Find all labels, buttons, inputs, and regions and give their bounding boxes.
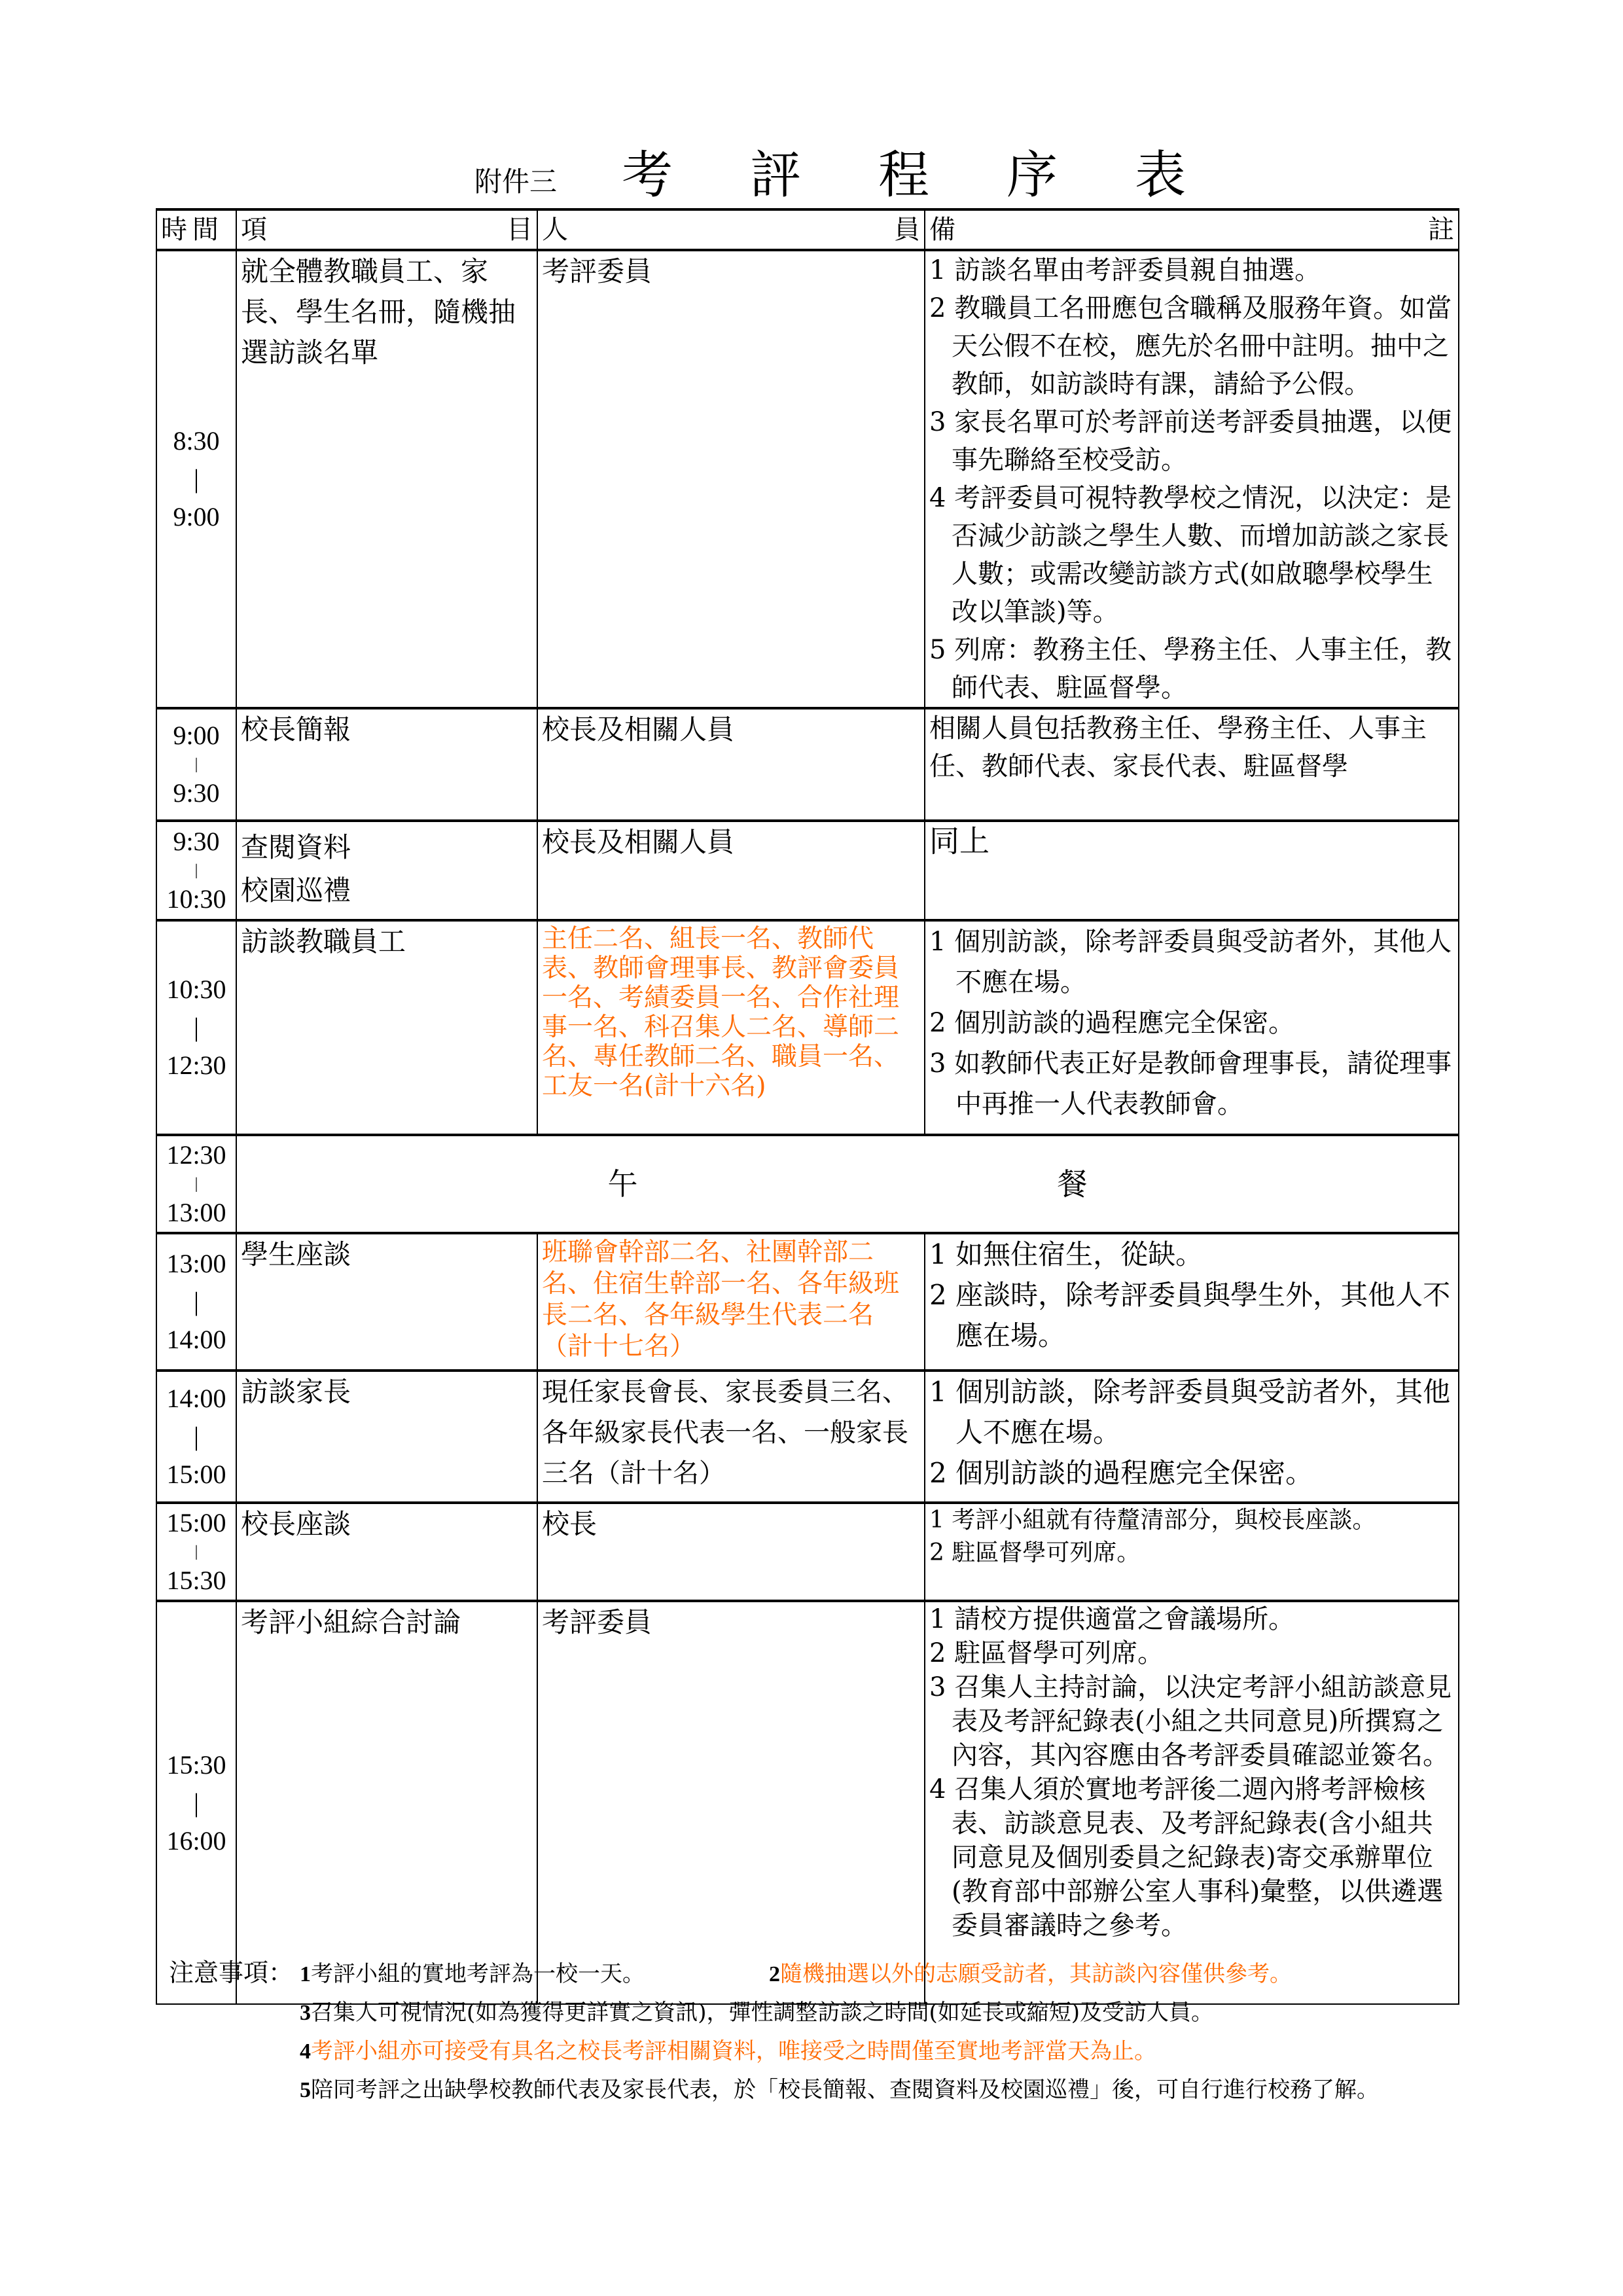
table-row: 9:30 | 10:30 查閱資料 校園巡禮 校長及相關人員 同上 <box>156 821 1459 920</box>
note-item: 1 個別訪談，除考評委員與受訪者外，其他人不應在場。 <box>929 1372 1454 1453</box>
footer-row: 4考評小組亦可接受有具名之校長考評相關資料，唯接受之時間僅至實地考評當天為止。 <box>169 2032 1478 2071</box>
page-title: 考評程序表 <box>622 134 1263 207</box>
note-item: 2 個別訪談的過程應完全保密。 <box>929 1453 1454 1494</box>
notes-cell: 1 請校方提供適當之會議場所。 2 駐區督學可列席。 3 召集人主持討論，以決定… <box>925 1601 1459 2004</box>
footer-item: 陪同考評之出缺學校教師代表及家長代表，於「校長簡報、查閱資料及校園巡禮」後，可自… <box>311 2077 1379 2103</box>
footer-label: 注意事項： <box>169 1954 300 1992</box>
table-row: 14:00 | 15:00 訪談家長 現任家長會長、家長委員三名、各年級家長代表… <box>156 1371 1459 1503</box>
footer-row: 注意事項：1考評小組的實地考評為一校一天。2隨機抽選以外的志願受訪者，其訪談內容… <box>169 1954 1478 1994</box>
note-item: 4 考評委員可視特教學校之情況，以決定：是否減少訪談之學生人數、而增加訪談之家長… <box>929 479 1454 631</box>
people-cell: 考評委員 <box>537 250 925 708</box>
time-separator: | <box>157 460 236 498</box>
note-item: 4 召集人須於實地考評後二週內將考評檢核表、訪談意見表、及考評紀錄表(含小組共同… <box>929 1772 1454 1943</box>
header-notes: 備註 <box>925 209 1459 250</box>
footer-item: 考評小組亦可接受有具名之校長考評相關資料，唯接受之時間僅至實地考評當天為止。 <box>311 2038 1156 2064</box>
notes-cell: 同上 <box>925 821 1459 920</box>
footer-row: 3召集人可視情況(如為獲得更詳實之資訊)，彈性調整訪談之時間(如延長或縮短)及受… <box>169 1994 1478 2032</box>
time-cell: 12:30 | 13:00 <box>156 1135 236 1233</box>
note-item: 3 如教師代表正好是教師會理事長，請從理事中再推一人代表教師會。 <box>929 1043 1454 1124</box>
footer-row: 5陪同考評之出缺學校教師代表及家長代表，於「校長簡報、查閱資料及校園巡禮」後，可… <box>169 2071 1478 2109</box>
note-item: 2 教職員工名冊應包含職稱及服務年資。如當天公假不在校，應先於名冊中註明。抽中之… <box>929 289 1454 403</box>
notes-cell: 1 個別訪談，除考評委員與受訪者外，其他人不應在場。 2 個別訪談的過程應完全保… <box>925 1371 1459 1503</box>
table-row: 13:00 | 14:00 學生座談 班聯會幹部二名、社團幹部二名、住宿生幹部一… <box>156 1233 1459 1371</box>
time-cell: 10:30 | 12:30 <box>156 920 236 1135</box>
note-item: 2 個別訪談的過程應完全保密。 <box>929 1003 1454 1043</box>
time-cell: 15:00 | 15:30 <box>156 1503 236 1601</box>
time-cell: 14:00 | 15:00 <box>156 1371 236 1503</box>
time-cell: 8:30 | 9:00 <box>156 250 236 708</box>
people-cell: 考評委員 <box>537 1601 925 2004</box>
table-row: 9:00 | 9:30 校長簡報 校長及相關人員 相關人員包括教務主任、學務主任… <box>156 708 1459 821</box>
notes-cell: 1 訪談名單由考評委員親自抽選。 2 教職員工名冊應包含職稱及服務年資。如當天公… <box>925 250 1459 708</box>
item-cell: 考評小組綜合討論 <box>236 1601 537 2004</box>
notes-footer: 注意事項：1考評小組的實地考評為一校一天。2隨機抽選以外的志願受訪者，其訪談內容… <box>169 1954 1478 2109</box>
note-item: 3 召集人主持討論，以決定考評小組訪談意見表及考評紀錄表(小組之共同意見)所撰寫… <box>929 1670 1454 1772</box>
people-cell: 校長及相關人員 <box>537 708 925 821</box>
item-cell: 查閱資料 校園巡禮 <box>236 821 537 920</box>
note-item: 1 考評小組就有待釐清部分，與校長座談。 <box>929 1504 1454 1537</box>
table-row: 15:30 | 16:00 考評小組綜合討論 考評委員 1 請校方提供適當之會議… <box>156 1601 1459 2004</box>
item-cell: 訪談教職員工 <box>236 920 537 1135</box>
people-cell: 校長及相關人員 <box>537 821 925 920</box>
people-cell: 班聯會幹部二名、社團幹部二名、住宿生幹部一名、各年級班長二名、各年級學生代表二名… <box>537 1233 925 1371</box>
lunch-cell: 午 餐 <box>236 1135 1459 1233</box>
schedule-table: 時間 項目 人員 備註 8:30 | 9:00 就全體教職員工、家長、學生名冊，… <box>156 208 1459 2005</box>
people-cell: 校長 <box>537 1503 925 1601</box>
time-cell: 9:00 | 9:30 <box>156 708 236 821</box>
item-cell: 校長簡報 <box>236 708 537 821</box>
header-time: 時間 <box>156 209 236 250</box>
time-cell: 13:00 | 14:00 <box>156 1233 236 1371</box>
document-header: 附件三 考評程序表 <box>0 134 1623 206</box>
notes-cell: 1 如無住宿生，從缺。 2 座談時，除考評委員與學生外，其他人不應在場。 <box>925 1233 1459 1371</box>
people-cell: 現任家長會長、家長委員三名、各年級家長代表一名、一般家長三名（計十名） <box>537 1371 925 1503</box>
notes-cell: 相關人員包括教務主任、學務主任、人事主任、教師代表、家長代表、駐區督學 <box>925 708 1459 821</box>
footer-item: 隨機抽選以外的志願受訪者，其訪談內容僅供參考。 <box>780 1961 1292 1987</box>
note-item: 3 家長名單可於考評前送考評委員抽選，以便事先聯絡至校受訪。 <box>929 403 1454 479</box>
table-row-lunch: 12:30 | 13:00 午 餐 <box>156 1135 1459 1233</box>
note-item: 1 訪談名單由考評委員親自抽選。 <box>929 251 1454 289</box>
people-cell: 主任二名、組長一名、教師代表、教師會理事長、教評會委員一名、考績委員一名、合作社… <box>537 920 925 1135</box>
item-cell: 學生座談 <box>236 1233 537 1371</box>
notes-cell: 1 考評小組就有待釐清部分，與校長座談。 2 駐區督學可列席。 <box>925 1503 1459 1601</box>
note-item: 1 如無住宿生，從缺。 <box>929 1234 1454 1275</box>
footer-item: 考評小組的實地考評為一校一天。 <box>311 1961 645 1987</box>
header-people: 人員 <box>537 209 925 250</box>
note-item: 1 請校方提供適當之會議場所。 <box>929 1602 1454 1636</box>
notes-cell: 1 個別訪談，除考評委員與受訪者外，其他人不應在場。 2 個別訪談的過程應完全保… <box>925 920 1459 1135</box>
note-item: 2 駐區督學可列席。 <box>929 1636 1454 1670</box>
time-cell: 9:30 | 10:30 <box>156 821 236 920</box>
note-item: 5 列席：教務主任、學務主任、人事主任，教師代表、駐區督學。 <box>929 631 1454 707</box>
note-item: 2 座談時，除考評委員與學生外，其他人不應在場。 <box>929 1275 1454 1356</box>
header-item: 項目 <box>236 209 537 250</box>
note-item: 1 個別訪談，除考評委員與受訪者外，其他人不應在場。 <box>929 922 1454 1003</box>
item-cell: 就全體教職員工、家長、學生名冊，隨機抽選訪談名單 <box>236 250 537 708</box>
item-cell: 訪談家長 <box>236 1371 537 1503</box>
table-header-row: 時間 項目 人員 備註 <box>156 209 1459 250</box>
table-row: 15:00 | 15:30 校長座談 校長 1 考評小組就有待釐清部分，與校長座… <box>156 1503 1459 1601</box>
table-row: 10:30 | 12:30 訪談教職員工 主任二名、組長一名、教師代表、教師會理… <box>156 920 1459 1135</box>
table-row: 8:30 | 9:00 就全體教職員工、家長、學生名冊，隨機抽選訪談名單 考評委… <box>156 250 1459 708</box>
time-cell: 15:30 | 16:00 <box>156 1601 236 2004</box>
note-item: 2 駐區督學可列席。 <box>929 1537 1454 1570</box>
item-cell: 校長座談 <box>236 1503 537 1601</box>
footer-item: 召集人可視情況(如為獲得更詳實之資訊)，彈性調整訪談之時間(如延長或縮短)及受訪… <box>311 2000 1213 2026</box>
attachment-label: 附件三 <box>474 160 557 200</box>
